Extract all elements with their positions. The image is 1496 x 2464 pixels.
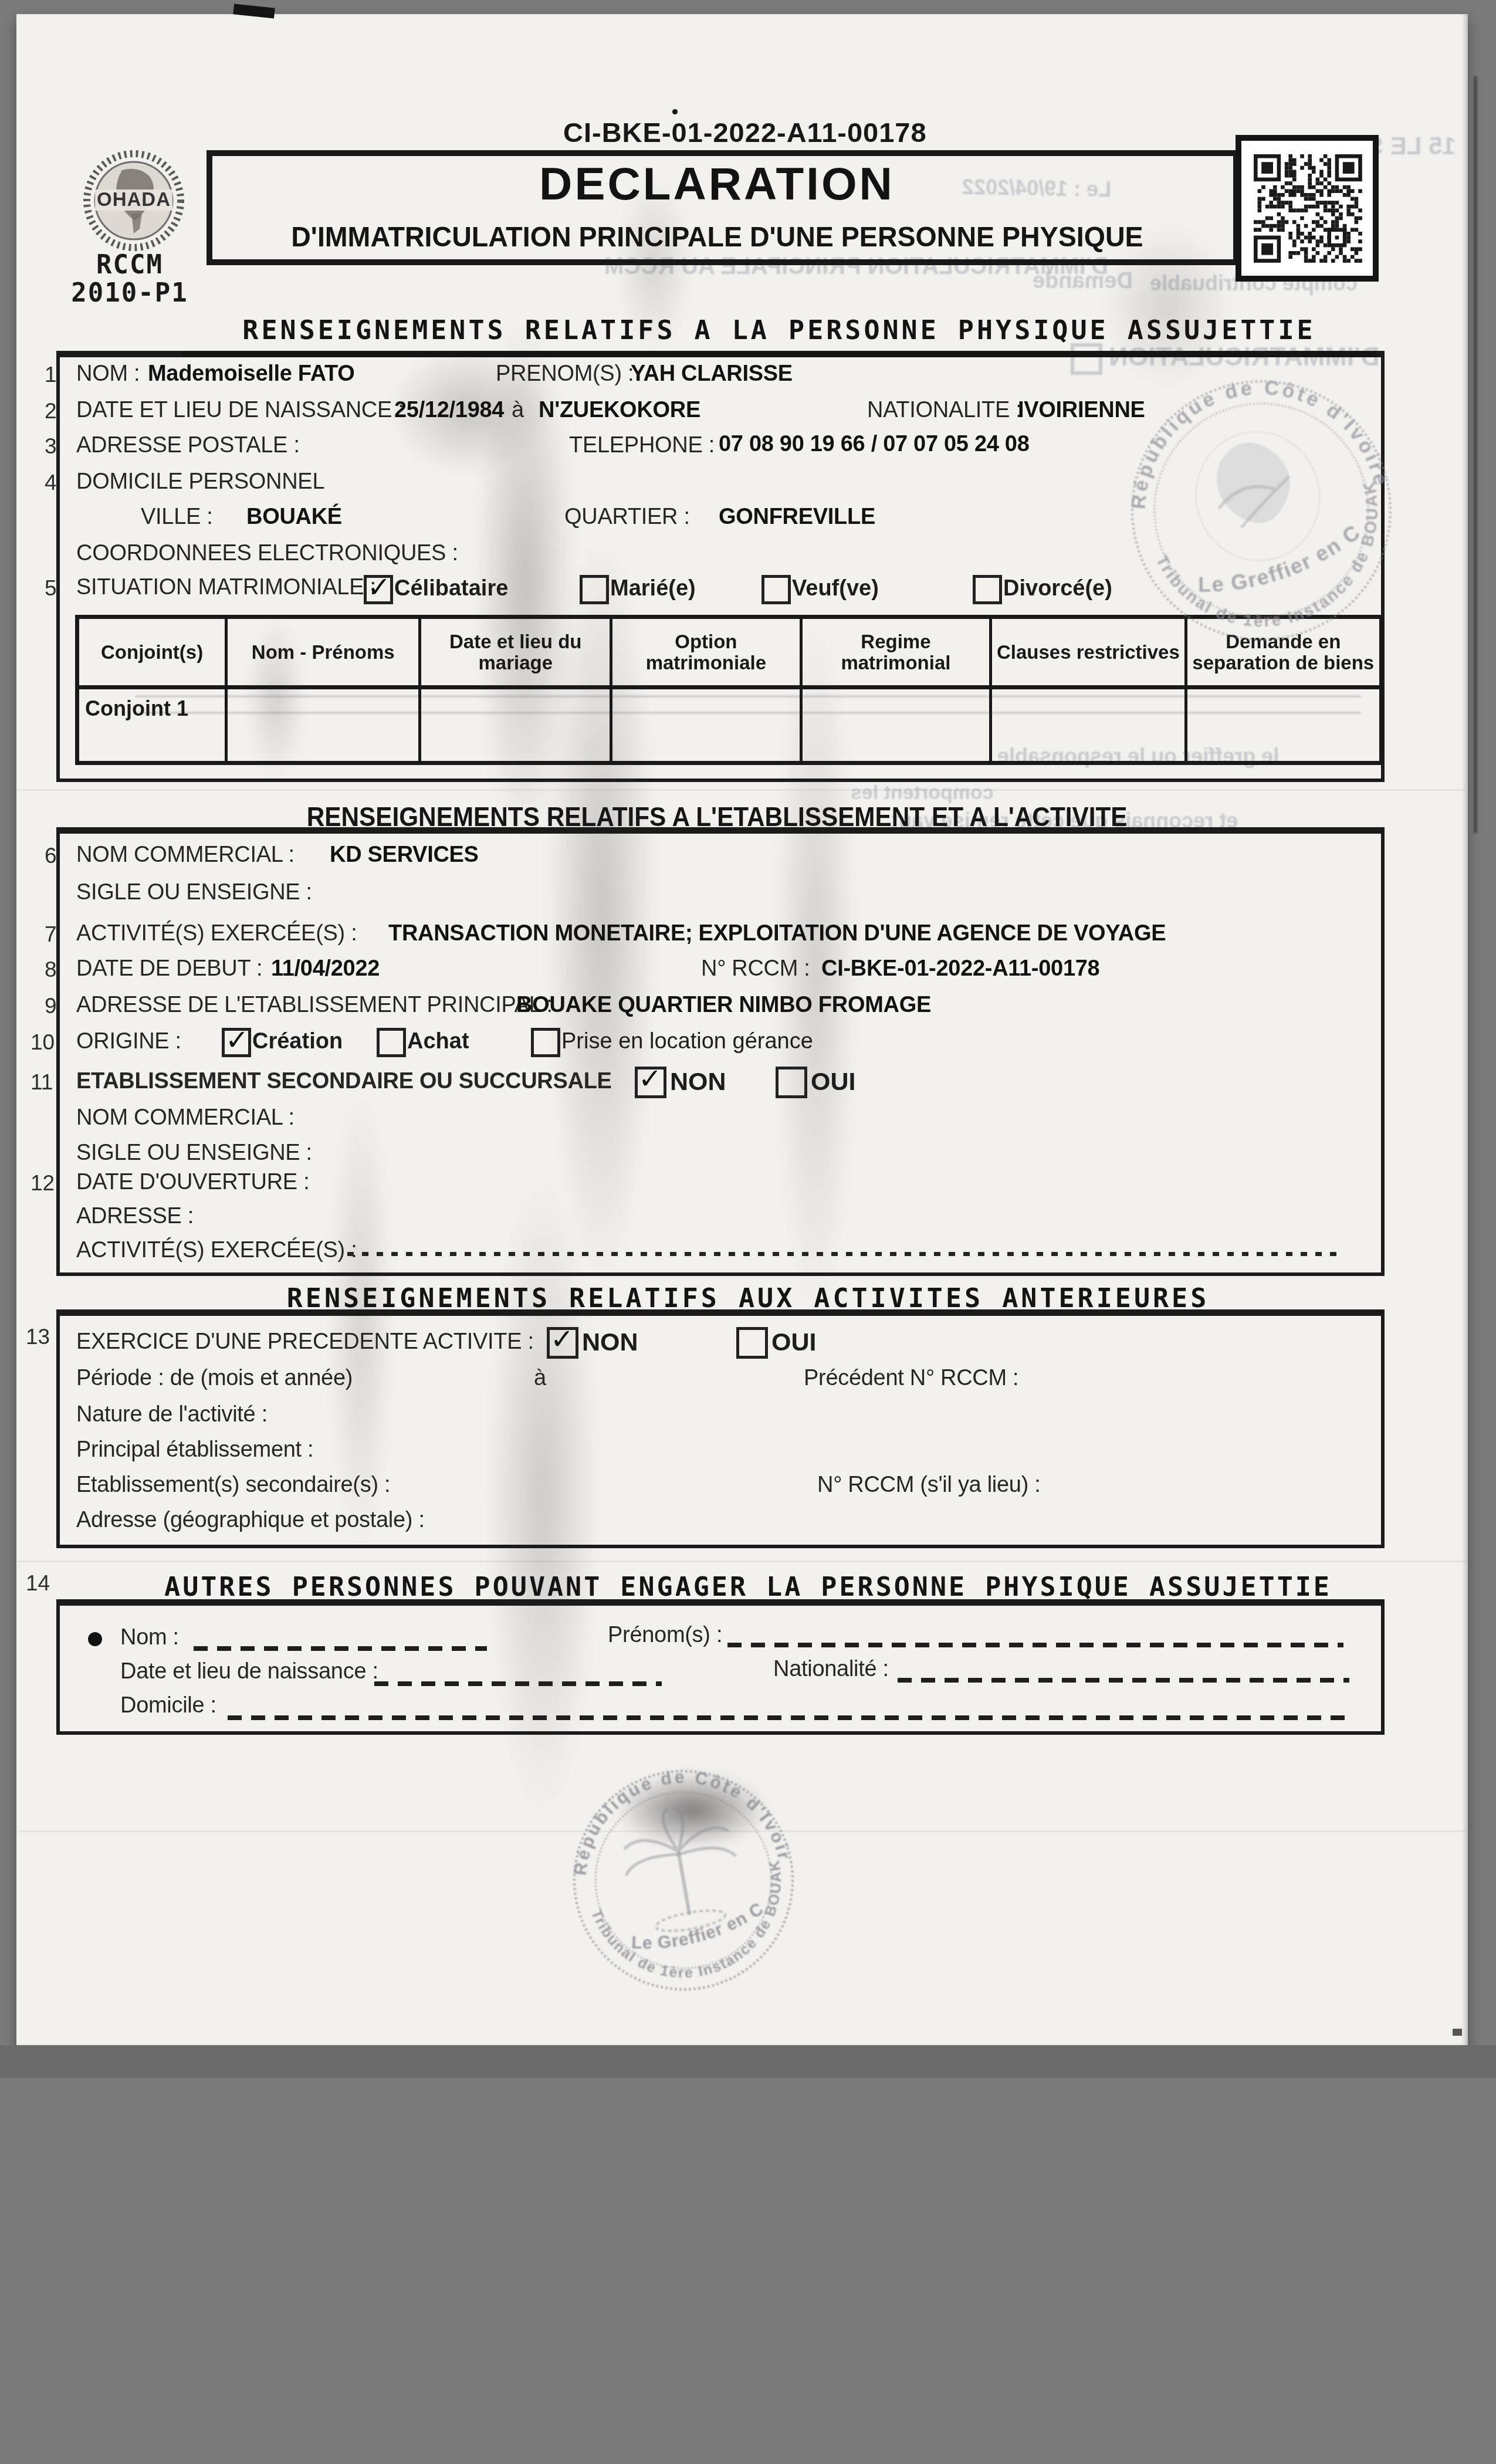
checkbox-precedente-non-label: NON — [582, 1328, 638, 1357]
row-number: 11 — [31, 1070, 53, 1095]
svg-text:Tribunal de 1ère Instance de B: Tribunal de 1ère Instance de BOUAKE — [583, 1850, 801, 1996]
nom-label: NOM : — [76, 361, 140, 387]
paper-fold-crease — [1474, 76, 1477, 833]
row-number: 10 — [31, 1030, 55, 1055]
bleedthrough-text: 15 LE S — [1367, 132, 1456, 160]
row-number: 9 — [45, 994, 57, 1018]
date-debut-label: DATE DE DEBUT : — [76, 956, 262, 981]
rccm-lieu-label: N° RCCM (s'il ya lieu) : — [817, 1473, 1041, 1498]
checkbox-secondaire-oui-label: OUI — [811, 1068, 855, 1096]
quartier-value: GONFREVILLE — [719, 505, 875, 530]
adresse-geo-label: Adresse (géographique et postale) : — [76, 1508, 425, 1533]
document-number: CI-BKE-01-2022-A11-00178 — [563, 116, 927, 148]
rccm-label: RCCM — [56, 251, 203, 279]
checkbox-location-gerance-label: Prise en location gérance — [561, 1029, 813, 1054]
nationalite-label: NATIONALITE : — [867, 398, 1022, 423]
num-rccm-value: CI-BKE-01-2022-A11-00178 — [821, 956, 1099, 981]
naissance-label: DATE ET LIEU DE NAISSANCE : — [76, 398, 404, 423]
row-number: 12 — [31, 1171, 55, 1196]
bullet-icon — [88, 1632, 102, 1646]
row-number: 7 — [45, 922, 57, 947]
telephone-label: TELEPHONE : — [569, 433, 715, 458]
scanner-background — [0, 2045, 1496, 2078]
horizontal-crease — [18, 1561, 1465, 1562]
table-header: Date et lieu du mariage — [418, 619, 610, 689]
blank-dashed-line — [374, 1681, 662, 1686]
table-row-label: Conjoint 1 — [79, 689, 225, 761]
section3-heading: RENSEIGNEMENTS RELATIFS AUX ACTIVITES AN… — [117, 1282, 1379, 1314]
court-stamp-bottom: République de Côte d'Ivoire Tribunal de … — [547, 1744, 819, 2016]
checkbox-marie-label: Marié(e) — [610, 576, 696, 601]
document-title: DECLARATION — [207, 157, 1227, 211]
activites-label: ACTIVITÉ(S) EXERCÉE(S) : — [76, 921, 357, 946]
naissance-lieu-value: N'ZUEKOKORE — [539, 398, 700, 423]
origine-label: ORIGINE : — [76, 1029, 181, 1054]
blank-dashed-line — [228, 1715, 1345, 1720]
row-number: 4 — [45, 471, 57, 495]
stamp-arc-bottom-text: Tribunal de 1ère Instance de BOUAKE — [583, 1850, 801, 1996]
checkbox-veuf-label: Veuf(ve) — [792, 576, 879, 601]
precedent-rccm-label: Précédent N° RCCM : — [804, 1366, 1018, 1391]
table-cell-empty — [610, 689, 800, 761]
table-cell-empty — [418, 689, 610, 761]
blank-dashed-line — [727, 1643, 1343, 1647]
date-ouverture-label: DATE D'OUVERTURE : — [76, 1170, 309, 1195]
adresse-etab-value: BOUAKE QUARTIER NIMBO FROMAGE — [516, 993, 931, 1018]
rccm-form-code: RCCM 2010-P1 — [56, 251, 203, 307]
a-label: à — [534, 1366, 546, 1391]
adresse-postale-label: ADRESSE POSTALE : — [76, 433, 300, 458]
autre-prenom-label: Prénom(s) : — [608, 1623, 722, 1648]
sigle2-label: SIGLE OU ENSEIGNE : — [76, 1140, 312, 1166]
blank-dotted-line — [347, 1252, 1345, 1256]
autre-domicile-label: Domicile : — [120, 1693, 216, 1718]
checkbox-divorce-label: Divorcé(e) — [1003, 576, 1112, 601]
adresse2-label: ADRESSE : — [76, 1204, 194, 1229]
checkbox-veuf — [761, 575, 791, 604]
blank-dashed-line — [194, 1646, 487, 1651]
telephone-value: 07 08 90 19 66 / 07 07 05 24 08 — [719, 432, 1030, 457]
checkbox-precedente-non — [547, 1327, 578, 1359]
document-subtitle: D'IMMATRICULATION PRINCIPALE D'UNE PERSO… — [207, 221, 1227, 253]
row-number: 8 — [45, 957, 57, 982]
ohada-logo-icon: OHADA — [81, 148, 187, 253]
checkbox-celibataire-label: Célibataire — [394, 576, 508, 601]
table-cell-empty — [225, 689, 418, 761]
table-header: Conjoint(s) — [79, 619, 225, 689]
situation-label: SITUATION MATRIMONIALE : — [76, 575, 376, 600]
autre-naissance-label: Date et lieu de naissance : — [120, 1659, 378, 1684]
nom-commercial2-label: NOM COMMERCIAL : — [76, 1105, 295, 1131]
checkbox-precedente-oui — [736, 1327, 768, 1359]
row-number: 14 — [26, 1571, 50, 1596]
prenom-value: YAH CLARISSE — [631, 361, 793, 387]
scan-speck — [1453, 2029, 1462, 2036]
sigle-label: SIGLE OU ENSEIGNE : — [76, 880, 312, 905]
table-header: Regime matrimonial — [800, 619, 990, 689]
coordonnees-label: COORDONNEES ELECTRONIQUES : — [76, 541, 458, 566]
scan-speck — [672, 109, 678, 114]
rccm-form-version: 2010-P1 — [56, 279, 203, 307]
table-header: Nom - Prénoms — [225, 619, 418, 689]
row-number: 2 — [45, 399, 57, 424]
adresse-etab-label: ADRESSE DE L'ETABLISSEMENT PRINCIPAL : — [76, 993, 553, 1018]
section1-heading: RENSEIGNEMENTS RELATIFS A LA PERSONNE PH… — [182, 314, 1376, 357]
row-number: 13 — [26, 1325, 50, 1349]
nom-commercial-label: NOM COMMERCIAL : — [76, 842, 295, 868]
domicile-personnel-label: DOMICILE PERSONNEL — [76, 469, 324, 495]
section4-heading: AUTRES PERSONNES POUVANT ENGAGER LA PERS… — [117, 1571, 1379, 1602]
scanned-declaration-page: 15 LE S Le : 19/04/2022 Demande compte c… — [0, 0, 1496, 2464]
a-label: à — [512, 398, 524, 423]
date-debut-value: 11/04/2022 — [271, 956, 380, 981]
checkbox-creation-label: Création — [252, 1029, 343, 1054]
table-header: Option matrimoniale — [610, 619, 800, 689]
row-number: 3 — [45, 434, 57, 459]
checkbox-secondaire-oui — [776, 1067, 807, 1098]
prenom-label: PRENOM(S) : — [496, 361, 634, 387]
qr-code — [1236, 135, 1379, 282]
checkbox-celibataire — [364, 575, 393, 604]
row-number: 1 — [45, 363, 57, 387]
table-cell-empty — [800, 689, 990, 761]
naissance-date-value: 25/12/1984 — [394, 398, 504, 423]
quartier-label: QUARTIER : — [564, 505, 690, 530]
nom-commercial-value: KD SERVICES — [330, 842, 479, 868]
checkbox-achat — [377, 1028, 406, 1057]
ville-label: VILLE : — [141, 505, 213, 530]
blank-dashed-line — [898, 1678, 1349, 1683]
checkbox-creation — [222, 1028, 251, 1057]
activites2-label: ACTIVITÉ(S) EXERCÉE(S) : — [76, 1238, 357, 1263]
principal-etablissement-label: Principal établissement : — [76, 1437, 313, 1463]
horizontal-crease — [18, 789, 1465, 791]
checkbox-precedente-oui-label: OUI — [771, 1328, 816, 1357]
table-cell-empty — [1184, 689, 1379, 761]
nom-value: Mademoiselle FATO — [148, 361, 355, 387]
precedente-activite-label: EXERCICE D'UNE PRECEDENTE ACTIVITE : — [76, 1329, 534, 1355]
autre-nationalite-label: Nationalité : — [773, 1657, 889, 1682]
periode-label: Période : de (mois et année) — [76, 1366, 353, 1391]
etablissements-secondaires-label: Etablissement(s) secondaire(s) : — [76, 1473, 390, 1498]
activites-value: TRANSACTION MONETAIRE; EXPLOITATION D'UN… — [388, 921, 1166, 946]
autre-nom-label: Nom : — [120, 1625, 179, 1650]
section2-heading: RENSEIGNEMENTS RELATIFS A L'ETABLISSEMEN… — [56, 800, 1377, 832]
checkbox-secondaire-non — [635, 1067, 666, 1098]
checkbox-secondaire-non-label: NON — [670, 1068, 726, 1096]
checkbox-achat-label: Achat — [407, 1029, 469, 1054]
checkbox-divorce — [973, 575, 1002, 604]
nature-activite-label: Nature de l'activité : — [76, 1402, 268, 1427]
row-number: 5 — [45, 576, 57, 601]
svg-text:OHADA: OHADA — [97, 188, 171, 210]
table-cell-empty — [989, 689, 1184, 761]
ville-value: BOUAKÉ — [246, 505, 342, 530]
checkbox-marie — [580, 575, 609, 604]
num-rccm-label: N° RCCM : — [701, 956, 810, 981]
etab-secondaire-label: ETABLISSEMENT SECONDAIRE OU SUCCURSALE — [76, 1069, 612, 1094]
checkbox-location-gerance — [531, 1028, 560, 1057]
row-number: 6 — [45, 844, 57, 868]
